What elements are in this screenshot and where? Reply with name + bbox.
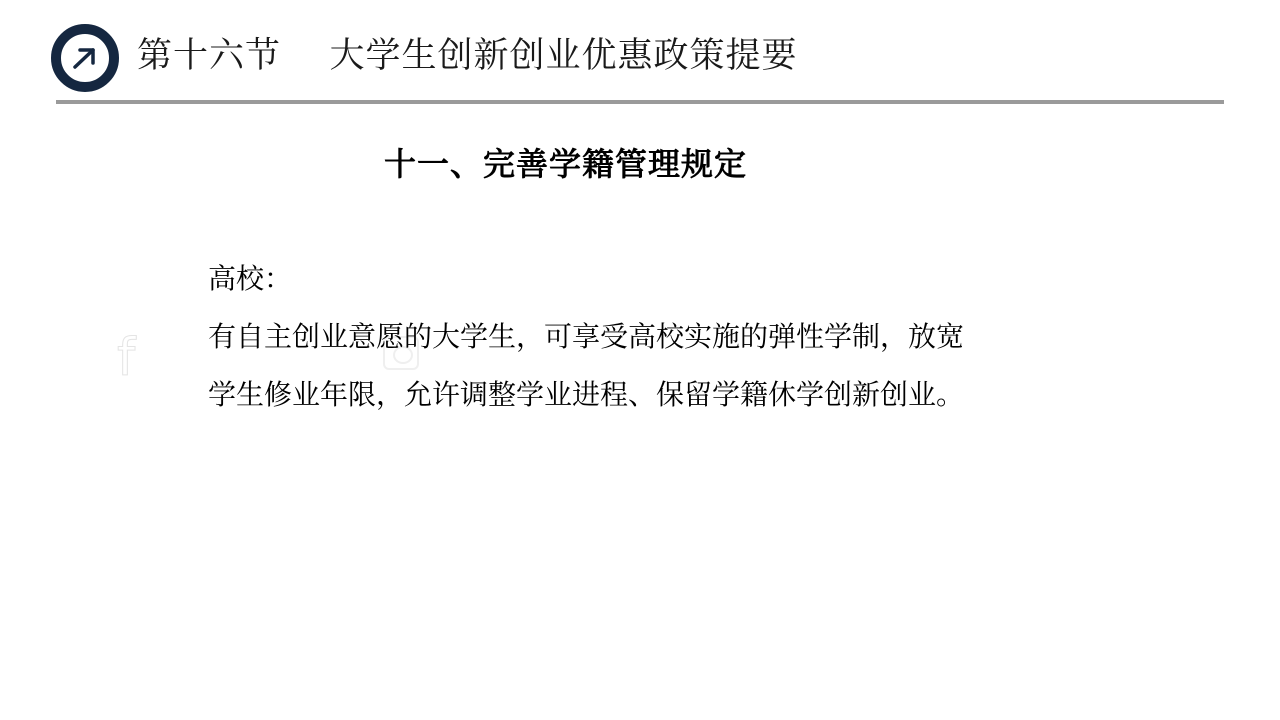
logo-arrow-icon <box>51 24 119 92</box>
content-label: 高校： <box>208 250 1088 308</box>
body-content: 高校： 有自主创业意愿的大学生，可享受高校实施的弹性学制，放宽 学生修业年限，允… <box>208 250 1088 424</box>
facebook-icon: f <box>117 332 135 384</box>
header-title: 第十六节 大学生创新创业优惠政策提要 <box>137 34 798 78</box>
header-divider <box>56 100 1224 104</box>
arrow-up-right-icon <box>70 43 100 73</box>
content-line-2: 学生修业年限，允许调整学业进程、保留学籍休学创新创业。 <box>208 366 1088 424</box>
content-line-1: 有自主创业意愿的大学生，可享受高校实施的弹性学制，放宽 <box>208 308 1088 366</box>
section-title: 十一、完善学籍管理规定 <box>384 142 747 186</box>
